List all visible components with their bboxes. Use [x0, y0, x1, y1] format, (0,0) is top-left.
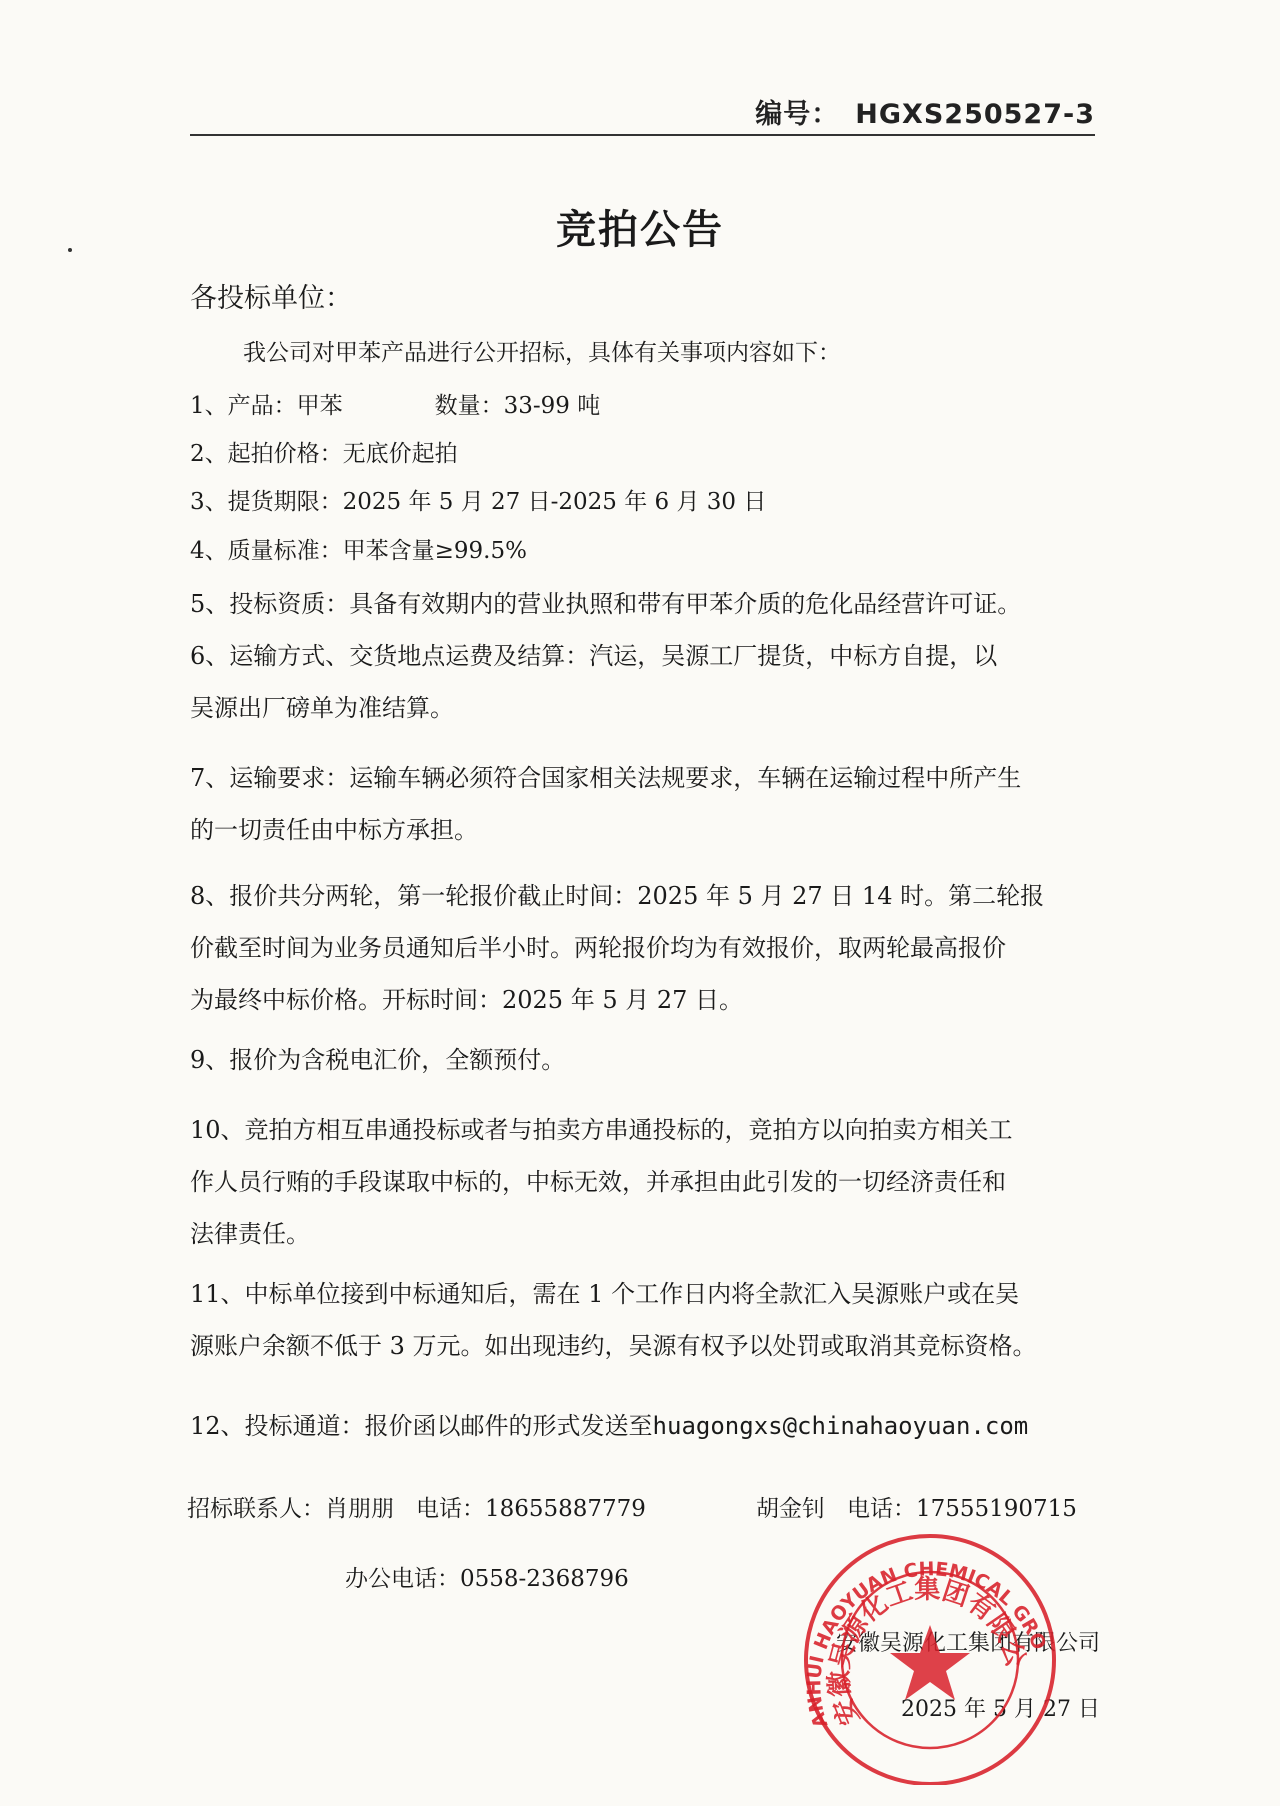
item-text-line3: 为最终中标价格。开标时间：2025 年 5 月 27 日。: [190, 974, 1095, 1026]
header-rule: [190, 134, 1095, 136]
item-9: 9、报价为含税电汇价，全额预付。: [190, 1034, 1095, 1086]
item-text: 4、质量标准：甲苯含量≥99.5%: [190, 538, 527, 564]
item-8: 8、报价共分两轮，第一轮报价截止时间：2025 年 5 月 27 日 14 时。…: [190, 870, 1095, 1026]
item-text: 12、投标通道：报价函以邮件的形式发送至: [190, 1412, 653, 1440]
document-number: 编号：HGXS250527-3: [755, 92, 1095, 131]
item-text-line2: 价截至时间为业务员通知后半小时。两轮报价均为有效报价，取两轮最高报价: [190, 922, 1095, 974]
item-text-line1: 10、竞拍方相互串通投标或者与拍卖方串通投标的，竞拍方以向拍卖方相关工: [190, 1104, 1095, 1156]
item-text-line2: 作人员行贿的手段谋取中标的，中标无效，并承担由此引发的一切经济责任和: [190, 1156, 1095, 1208]
item-6: 6、运输方式、交货地点运费及结算：汽运，吴源工厂提货，中标方自提，以 吴源出厂磅…: [190, 630, 1095, 734]
item-11: 11、中标单位接到中标通知后，需在 1 个工作日内将全款汇入吴源账户或在吴 源账…: [190, 1268, 1095, 1372]
office-phone-label: 办公电话：: [345, 1566, 460, 1592]
office-phone-line: 办公电话：0558-2368796: [345, 1560, 629, 1593]
item-text-line2: 吴源出厂磅单为准结算。: [190, 682, 1095, 734]
item-text: 3、提货期限：2025 年 5 月 27 日-2025 年 6 月 30 日: [190, 489, 766, 515]
item-2: 2、起拍价格：无底价起拍: [190, 429, 1095, 479]
item-text: 5、投标资质：具备有效期内的营业执照和带有甲苯介质的危化品经营许可证。: [190, 590, 1021, 618]
item-text: 1、产品：甲苯 数量：33-99 吨: [190, 393, 600, 419]
page-title: 竞拍公告: [0, 198, 1280, 255]
item-text-line2: 源账户余额不低于 3 万元。如出现违约，吴源有权予以处罚或取消其竞标资格。: [190, 1320, 1095, 1372]
item-text-line1: 6、运输方式、交货地点运费及结算：汽运，吴源工厂提货，中标方自提，以: [190, 630, 1095, 682]
contact-label: 招标联系人：: [187, 1496, 325, 1522]
document-number-value: HGXS250527-3: [855, 99, 1095, 130]
contact-line-2: 胡金钊 电话：17555190715: [756, 1490, 1077, 1523]
item-text-line2: 的一切责任由中标方承担。: [190, 804, 1095, 856]
contact-line-1: 招标联系人：肖朋朋 电话：18655887779: [187, 1490, 646, 1523]
document-number-label: 编号：: [755, 99, 839, 130]
contact-name: 胡金钊: [756, 1496, 825, 1522]
salutation: 各投标单位：: [190, 276, 352, 315]
phone-label: 电话：: [847, 1496, 916, 1522]
email-link[interactable]: huagongxs@chinahaoyuan.com: [653, 1412, 1029, 1440]
contact-name: 肖朋朋: [325, 1496, 394, 1522]
item-10: 10、竞拍方相互串通投标或者与拍卖方串通投标的，竞拍方以向拍卖方相关工 作人员行…: [190, 1104, 1095, 1260]
company-seal-icon: ANHUI HAOYUAN CHEMICAL GROUP CO.,LTD 安徽吴…: [780, 1525, 1080, 1785]
item-1: 1、产品：甲苯 数量：33-99 吨: [190, 381, 1095, 431]
item-7: 7、运输要求：运输车辆必须符合国家相关法规要求，车辆在运输过程中所产生 的一切责…: [190, 752, 1095, 856]
phone-label: 电话：: [416, 1496, 485, 1522]
item-text-line1: 9、报价为含税电汇价，全额预付。: [190, 1034, 1095, 1086]
item-3: 3、提货期限：2025 年 5 月 27 日-2025 年 6 月 30 日: [190, 477, 1095, 527]
contact-phone: 18655887779: [485, 1496, 646, 1522]
item-12: 12、投标通道：报价函以邮件的形式发送至huagongxs@chinahaoyu…: [190, 1400, 1095, 1452]
item-text-line1: 8、报价共分两轮，第一轮报价截止时间：2025 年 5 月 27 日 14 时。…: [190, 870, 1095, 922]
announcement-page: 编号：HGXS250527-3 竞拍公告 各投标单位： 我公司对甲苯产品进行公开…: [0, 0, 1280, 1806]
contact-phone: 17555190715: [916, 1496, 1077, 1522]
item-4: 4、质量标准：甲苯含量≥99.5%: [190, 526, 1095, 576]
intro-paragraph: 我公司对甲苯产品进行公开招标，具体有关事项内容如下：: [243, 334, 841, 367]
item-text-line3: 法律责任。: [190, 1208, 1095, 1260]
office-phone: 0558-2368796: [460, 1566, 629, 1592]
item-text: 2、起拍价格：无底价起拍: [190, 441, 458, 467]
item-5: 5、投标资质：具备有效期内的营业执照和带有甲苯介质的危化品经营许可证。: [190, 578, 1095, 630]
item-text-line1: 11、中标单位接到中标通知后，需在 1 个工作日内将全款汇入吴源账户或在吴: [190, 1268, 1095, 1320]
item-text-line1: 7、运输要求：运输车辆必须符合国家相关法规要求，车辆在运输过程中所产生: [190, 752, 1095, 804]
